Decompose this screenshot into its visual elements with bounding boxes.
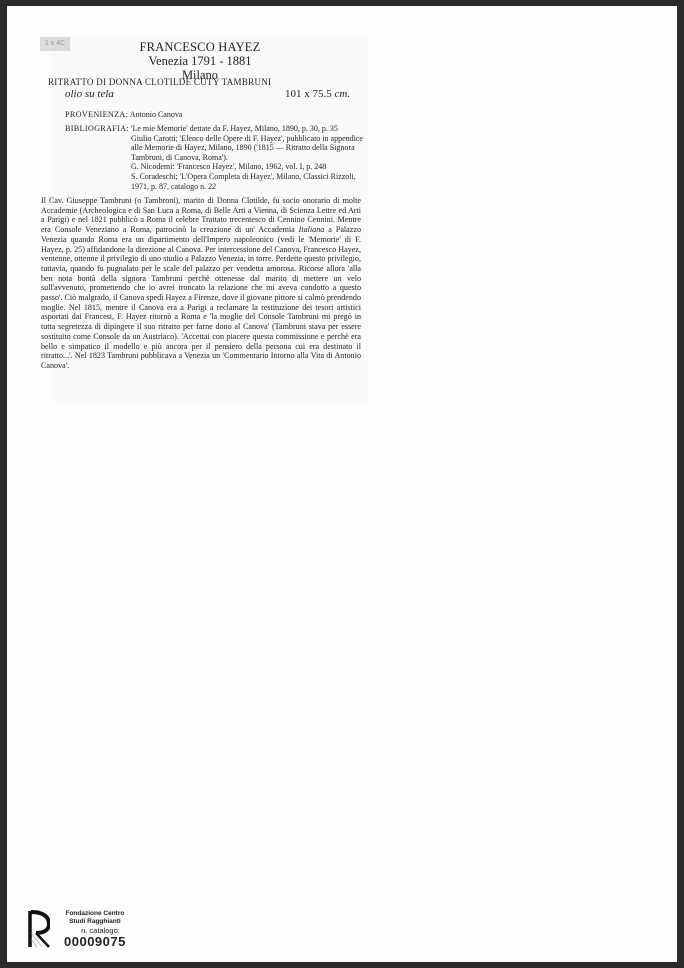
- artwork-title: RITRATTO DI DONNA CLOTILDE CUTY TAMBRUNI: [48, 77, 271, 87]
- provenance: PROVENIENZA: Antonio Canova: [65, 110, 182, 119]
- provenance-value: Antonio Canova: [130, 110, 183, 119]
- description-part-2: a Palazzo Venezia quando Roma era un dip…: [41, 225, 361, 370]
- description-paragraph: Il Cav. Giuseppe Tambruni (o Tambroni), …: [41, 196, 361, 371]
- catalog-number: 00009075: [64, 935, 126, 949]
- artwork-dimensions: 101 x 75.5 cm.: [285, 88, 350, 100]
- artwork-medium: olio su tela: [65, 88, 114, 100]
- org-name-line1: Fondazione Centro: [64, 910, 126, 918]
- bibliography-label: BIBLIOGRAFIA:: [65, 124, 131, 191]
- dimensions-value: 101 x 75.5: [285, 88, 332, 100]
- artist-name: FRANCESCO HAYEZ: [130, 40, 270, 54]
- archive-footer: Fondazione Centro Studi Ragghianti n. ca…: [28, 905, 168, 955]
- bibliography-entries: 'Le mie Memorie' dettate da F. Hayez, Mi…: [131, 124, 365, 191]
- org-name-line2: Studi Ragghianti: [64, 918, 126, 926]
- description-text: Il Cav. Giuseppe Tambruni (o Tambroni), …: [41, 196, 361, 371]
- bibliography-entry: G. Nicodemi: 'Francesco Hayez', Milano, …: [131, 162, 365, 172]
- dimensions-unit: cm.: [335, 88, 351, 100]
- ragghianti-logo-icon: [28, 909, 50, 949]
- bibliography: BIBLIOGRAFIA: 'Le mie Memorie' dettate d…: [65, 124, 365, 191]
- bibliography-entry: Giulio Carotti; 'Elenco delle Opere di F…: [131, 134, 365, 163]
- description-italic: Italiana: [299, 225, 325, 234]
- artist-header: FRANCESCO HAYEZ Venezia 1791 - 1881 Mila…: [130, 40, 270, 82]
- provenance-label: PROVENIENZA:: [65, 110, 128, 119]
- footer-text: Fondazione Centro Studi Ragghianti n. ca…: [64, 910, 126, 949]
- bibliography-entry: S. Coradeschi; 'L'Opera Completa di Haye…: [131, 172, 365, 191]
- bibliography-entry: 'Le mie Memorie' dettate da F. Hayez, Mi…: [131, 124, 365, 134]
- stamp-mark: 1 x 4C: [40, 37, 70, 51]
